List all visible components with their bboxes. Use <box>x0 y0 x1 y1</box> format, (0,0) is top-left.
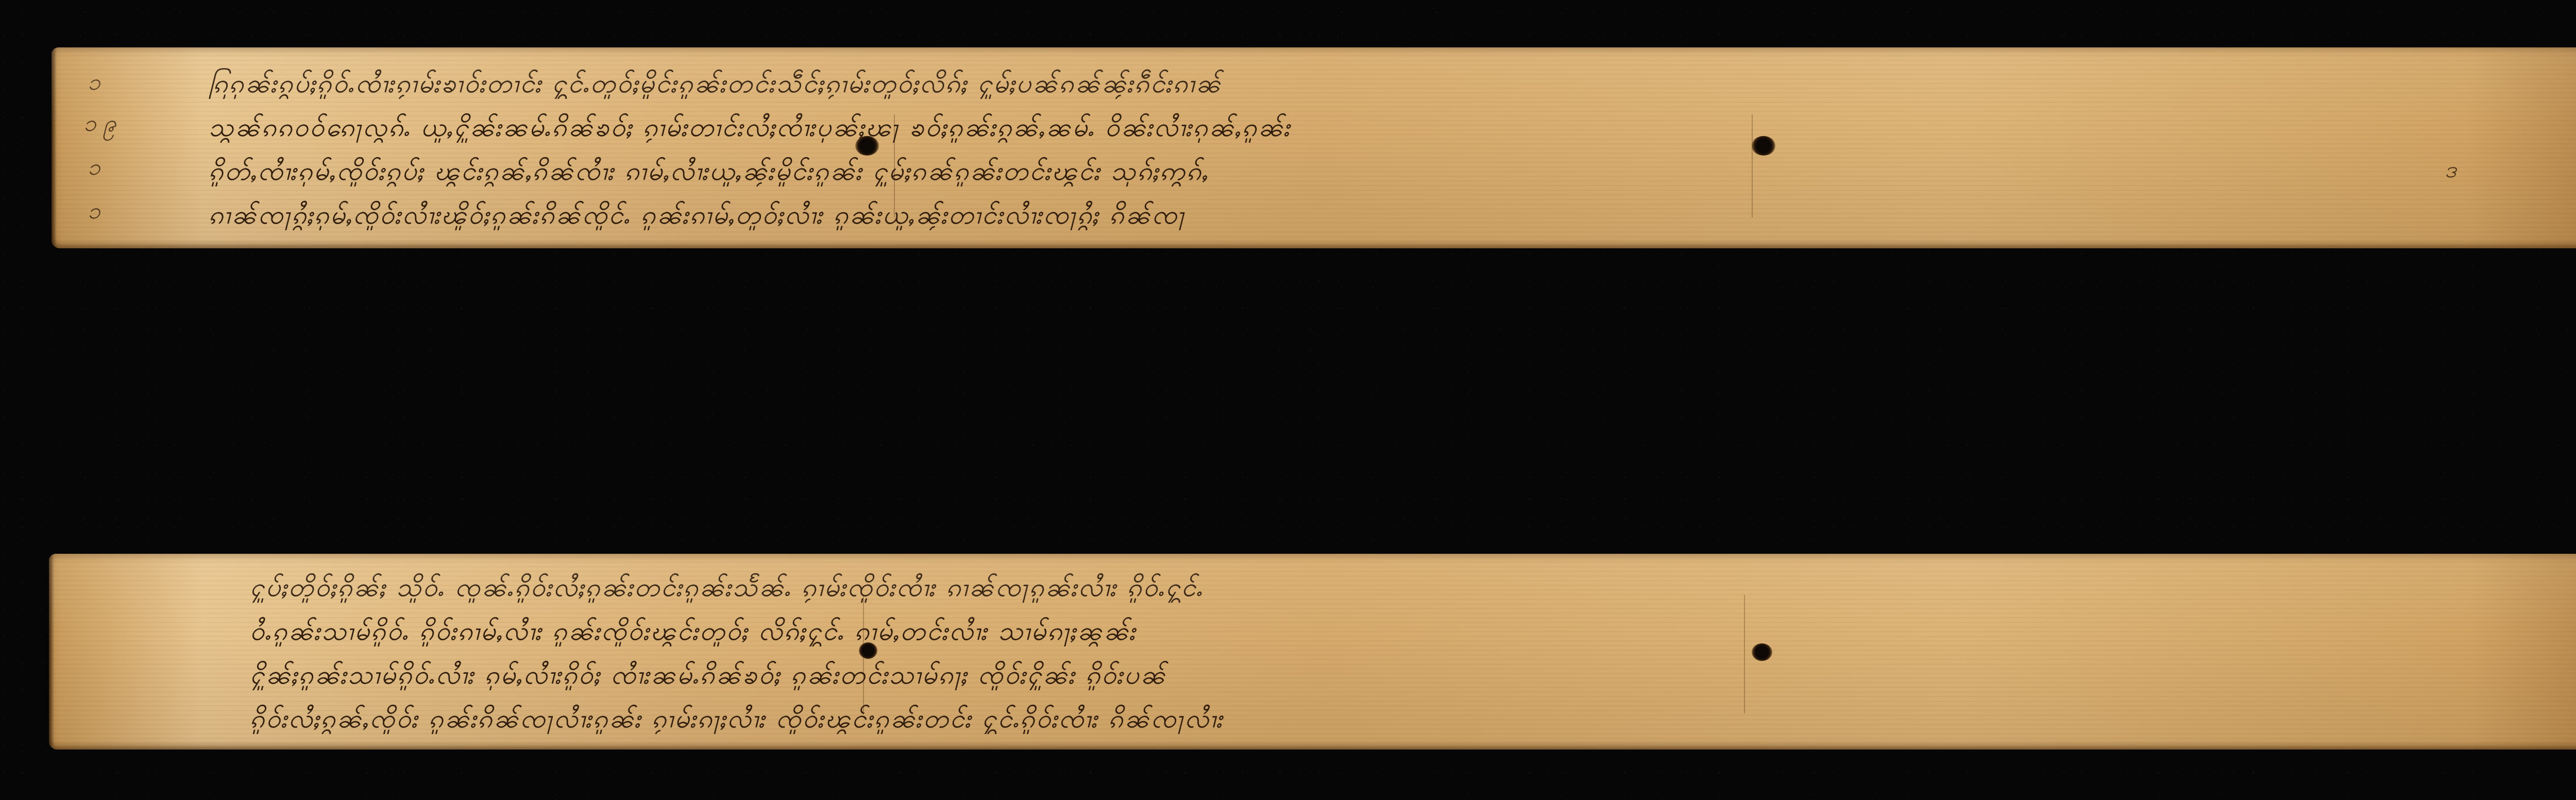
leaf-edge-left <box>52 47 57 248</box>
margin-mark: ၁ <box>88 197 100 230</box>
margin-mark-right: ဒ <box>2445 156 2456 189</box>
palm-leaf-bottom: ႁူပ်ႈတိူဝ်ႈၵိူၼ်ႈ သိူဝ်ႉ ၸူၼ်ႉၵိူဝ်းလႆႈၵ… <box>49 554 2576 750</box>
inscription-line: ၵြၵုၼ်းၵွပ်ႈၵိူဝ်ႉၸၢႆးၵႂၢမ်းၶၢဝ်းတၢင်း ႁ… <box>209 68 2434 99</box>
inscription-line: ဝႆႉၵူၼ်းသၢမ်ၵိူဝ်ႉ ၵိူဝ်းၵၢမ်ႇလၢႆး ၵူၼ်း… <box>250 616 2465 646</box>
inscription-line: ၵိူတ်ႇၸၢႆးၵုမ်ႇၸိူဝ်းၵွပ်ႈ ၽွင်းၵွၼ်ႇၵိၼ… <box>209 156 2434 186</box>
inscription-line: သွၼ်ၵၵဝဝ်ၵေႃလွၵ်ႉ ယူႇႁိူၼ်းၼမ်ႉၵိၼ်ၶဝ်ႈ … <box>209 112 2434 143</box>
leaf-edge-left <box>49 554 54 750</box>
palm-leaf-top: ၁ ၁ ၉ ၁ ၁ ဒ ၵြၵုၼ်းၵွပ်ႈၵိူဝ်ႉၸၢႆးၵႂၢမ်း… <box>52 47 2576 248</box>
margin-mark: ၁ <box>88 153 100 186</box>
margin-mark: ၁ ၉ <box>83 109 116 142</box>
inscription-line: ႁူပ်ႈတိူဝ်ႈၵိူၼ်ႈ သိူဝ်ႉ ၸူၼ်ႉၵိူဝ်းလႆႈၵ… <box>250 572 2465 603</box>
inscription-line: ၵိူဝ်းလႆႈၵွၼ်ႇၸိူဝ်း ၵူၼ်းၵိၼ်ၸႃလၢႆးၵူၼ်… <box>250 703 2465 734</box>
column-divider <box>1744 595 1745 713</box>
margin-mark: ၁ <box>88 68 100 101</box>
inscription-line: ႁိူၼ်ႈၵူၼ်းသၢမ်ၵိူဝ်ႉလၢႆး ၵုမ်ႇလၢႆးၵိူဝ်… <box>250 659 2465 690</box>
inscription-line: ၵၢၼ်ၸႃၵွႆႈၵုမ်ႇၸိူဝ်းလၢႆးၽိူဝ်ႈၵူၼ်းၵိၼ်… <box>209 199 2434 230</box>
